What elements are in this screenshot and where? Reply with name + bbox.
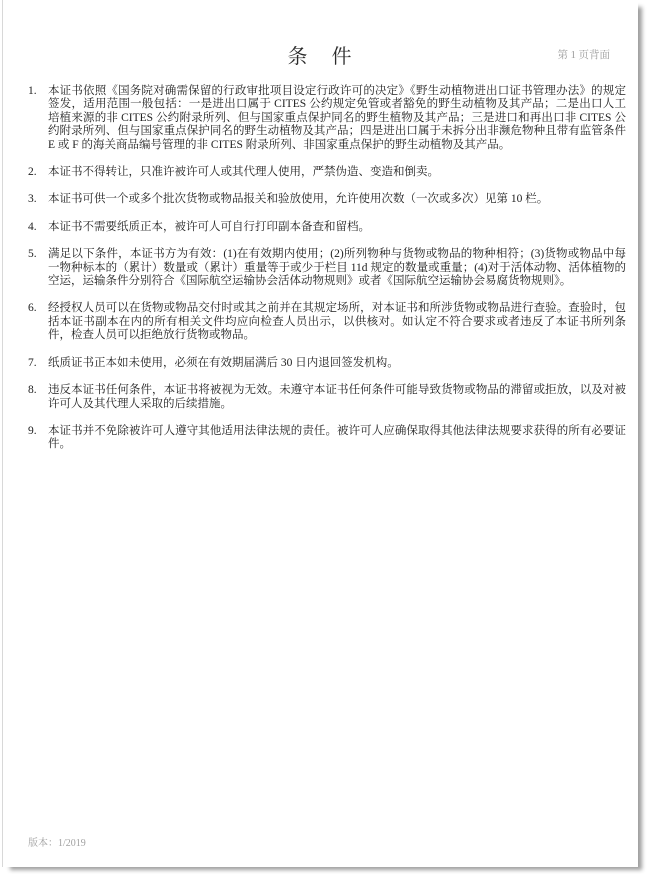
condition-number: 5. bbox=[28, 248, 48, 288]
condition-text: 本证书可供一个或多个批次货物或物品报关和验放使用，允许使用次数（一次或多次）见第… bbox=[48, 193, 626, 206]
page-header: 条 件 第 1 页背面 bbox=[3, 0, 638, 85]
condition-item: 7. 纸质证书正本如未使用，必须在有效期届满后 30 日内退回签发机构。 bbox=[28, 357, 626, 370]
condition-item: 2. 本证书不得转让，只准许被许可人或其代理人使用，严禁伪造、变造和倒卖。 bbox=[28, 166, 626, 179]
condition-item: 5. 满足以下条件，本证书方为有效：(1)在有效期内使用；(2)所列物种与货物或… bbox=[28, 248, 626, 288]
condition-number: 6. bbox=[28, 302, 48, 342]
condition-item: 9. 本证书并不免除被许可人遵守其他适用法律法规的责任。被许可人应确保取得其他法… bbox=[28, 425, 626, 452]
condition-text: 本证书不需要纸质正本，被许可人可自行打印副本备查和留档。 bbox=[48, 221, 626, 234]
condition-number: 2. bbox=[28, 166, 48, 179]
version-label: 版本：1/2019 bbox=[28, 834, 86, 849]
condition-number: 4. bbox=[28, 221, 48, 234]
document-page: 条 件 第 1 页背面 1. 本证书依照《国务院对确需保留的行政审批项目设定行政… bbox=[2, 0, 638, 867]
conditions-list: 1. 本证书依照《国务院对确需保留的行政审批项目设定行政许可的决定》《野生动植物… bbox=[3, 85, 638, 452]
page-title: 条 件 bbox=[3, 40, 638, 69]
condition-text: 本证书不得转让，只准许被许可人或其代理人使用，严禁伪造、变造和倒卖。 bbox=[48, 166, 626, 179]
condition-item: 6. 经授权人员可以在货物或物品交付时或其之前并在其规定场所，对本证书和所涉货物… bbox=[28, 302, 626, 342]
condition-item: 1. 本证书依照《国务院对确需保留的行政审批项目设定行政许可的决定》《野生动植物… bbox=[28, 85, 626, 152]
condition-text: 本证书依照《国务院对确需保留的行政审批项目设定行政许可的决定》《野生动植物进出口… bbox=[48, 85, 626, 152]
condition-item: 8. 违反本证书任何条件，本证书将被视为无效。未遵守本证书任何条件可能导致货物或… bbox=[28, 384, 626, 411]
condition-text: 纸质证书正本如未使用，必须在有效期届满后 30 日内退回签发机构。 bbox=[48, 357, 626, 370]
condition-number: 7. bbox=[28, 357, 48, 370]
condition-item: 4. 本证书不需要纸质正本，被许可人可自行打印副本备查和留档。 bbox=[28, 221, 626, 234]
condition-text: 违反本证书任何条件，本证书将被视为无效。未遵守本证书任何条件可能导致货物或物品的… bbox=[48, 384, 626, 411]
page-side-label: 第 1 页背面 bbox=[558, 47, 611, 62]
condition-number: 1. bbox=[28, 85, 48, 152]
condition-text: 满足以下条件，本证书方为有效：(1)在有效期内使用；(2)所列物种与货物或物品的… bbox=[48, 248, 626, 288]
condition-number: 9. bbox=[28, 425, 48, 452]
condition-number: 8. bbox=[28, 384, 48, 411]
condition-item: 3. 本证书可供一个或多个批次货物或物品报关和验放使用，允许使用次数（一次或多次… bbox=[28, 193, 626, 206]
condition-number: 3. bbox=[28, 193, 48, 206]
condition-text: 本证书并不免除被许可人遵守其他适用法律法规的责任。被许可人应确保取得其他法律法规… bbox=[48, 425, 626, 452]
condition-text: 经授权人员可以在货物或物品交付时或其之前并在其规定场所，对本证书和所涉货物或物品… bbox=[48, 302, 626, 342]
